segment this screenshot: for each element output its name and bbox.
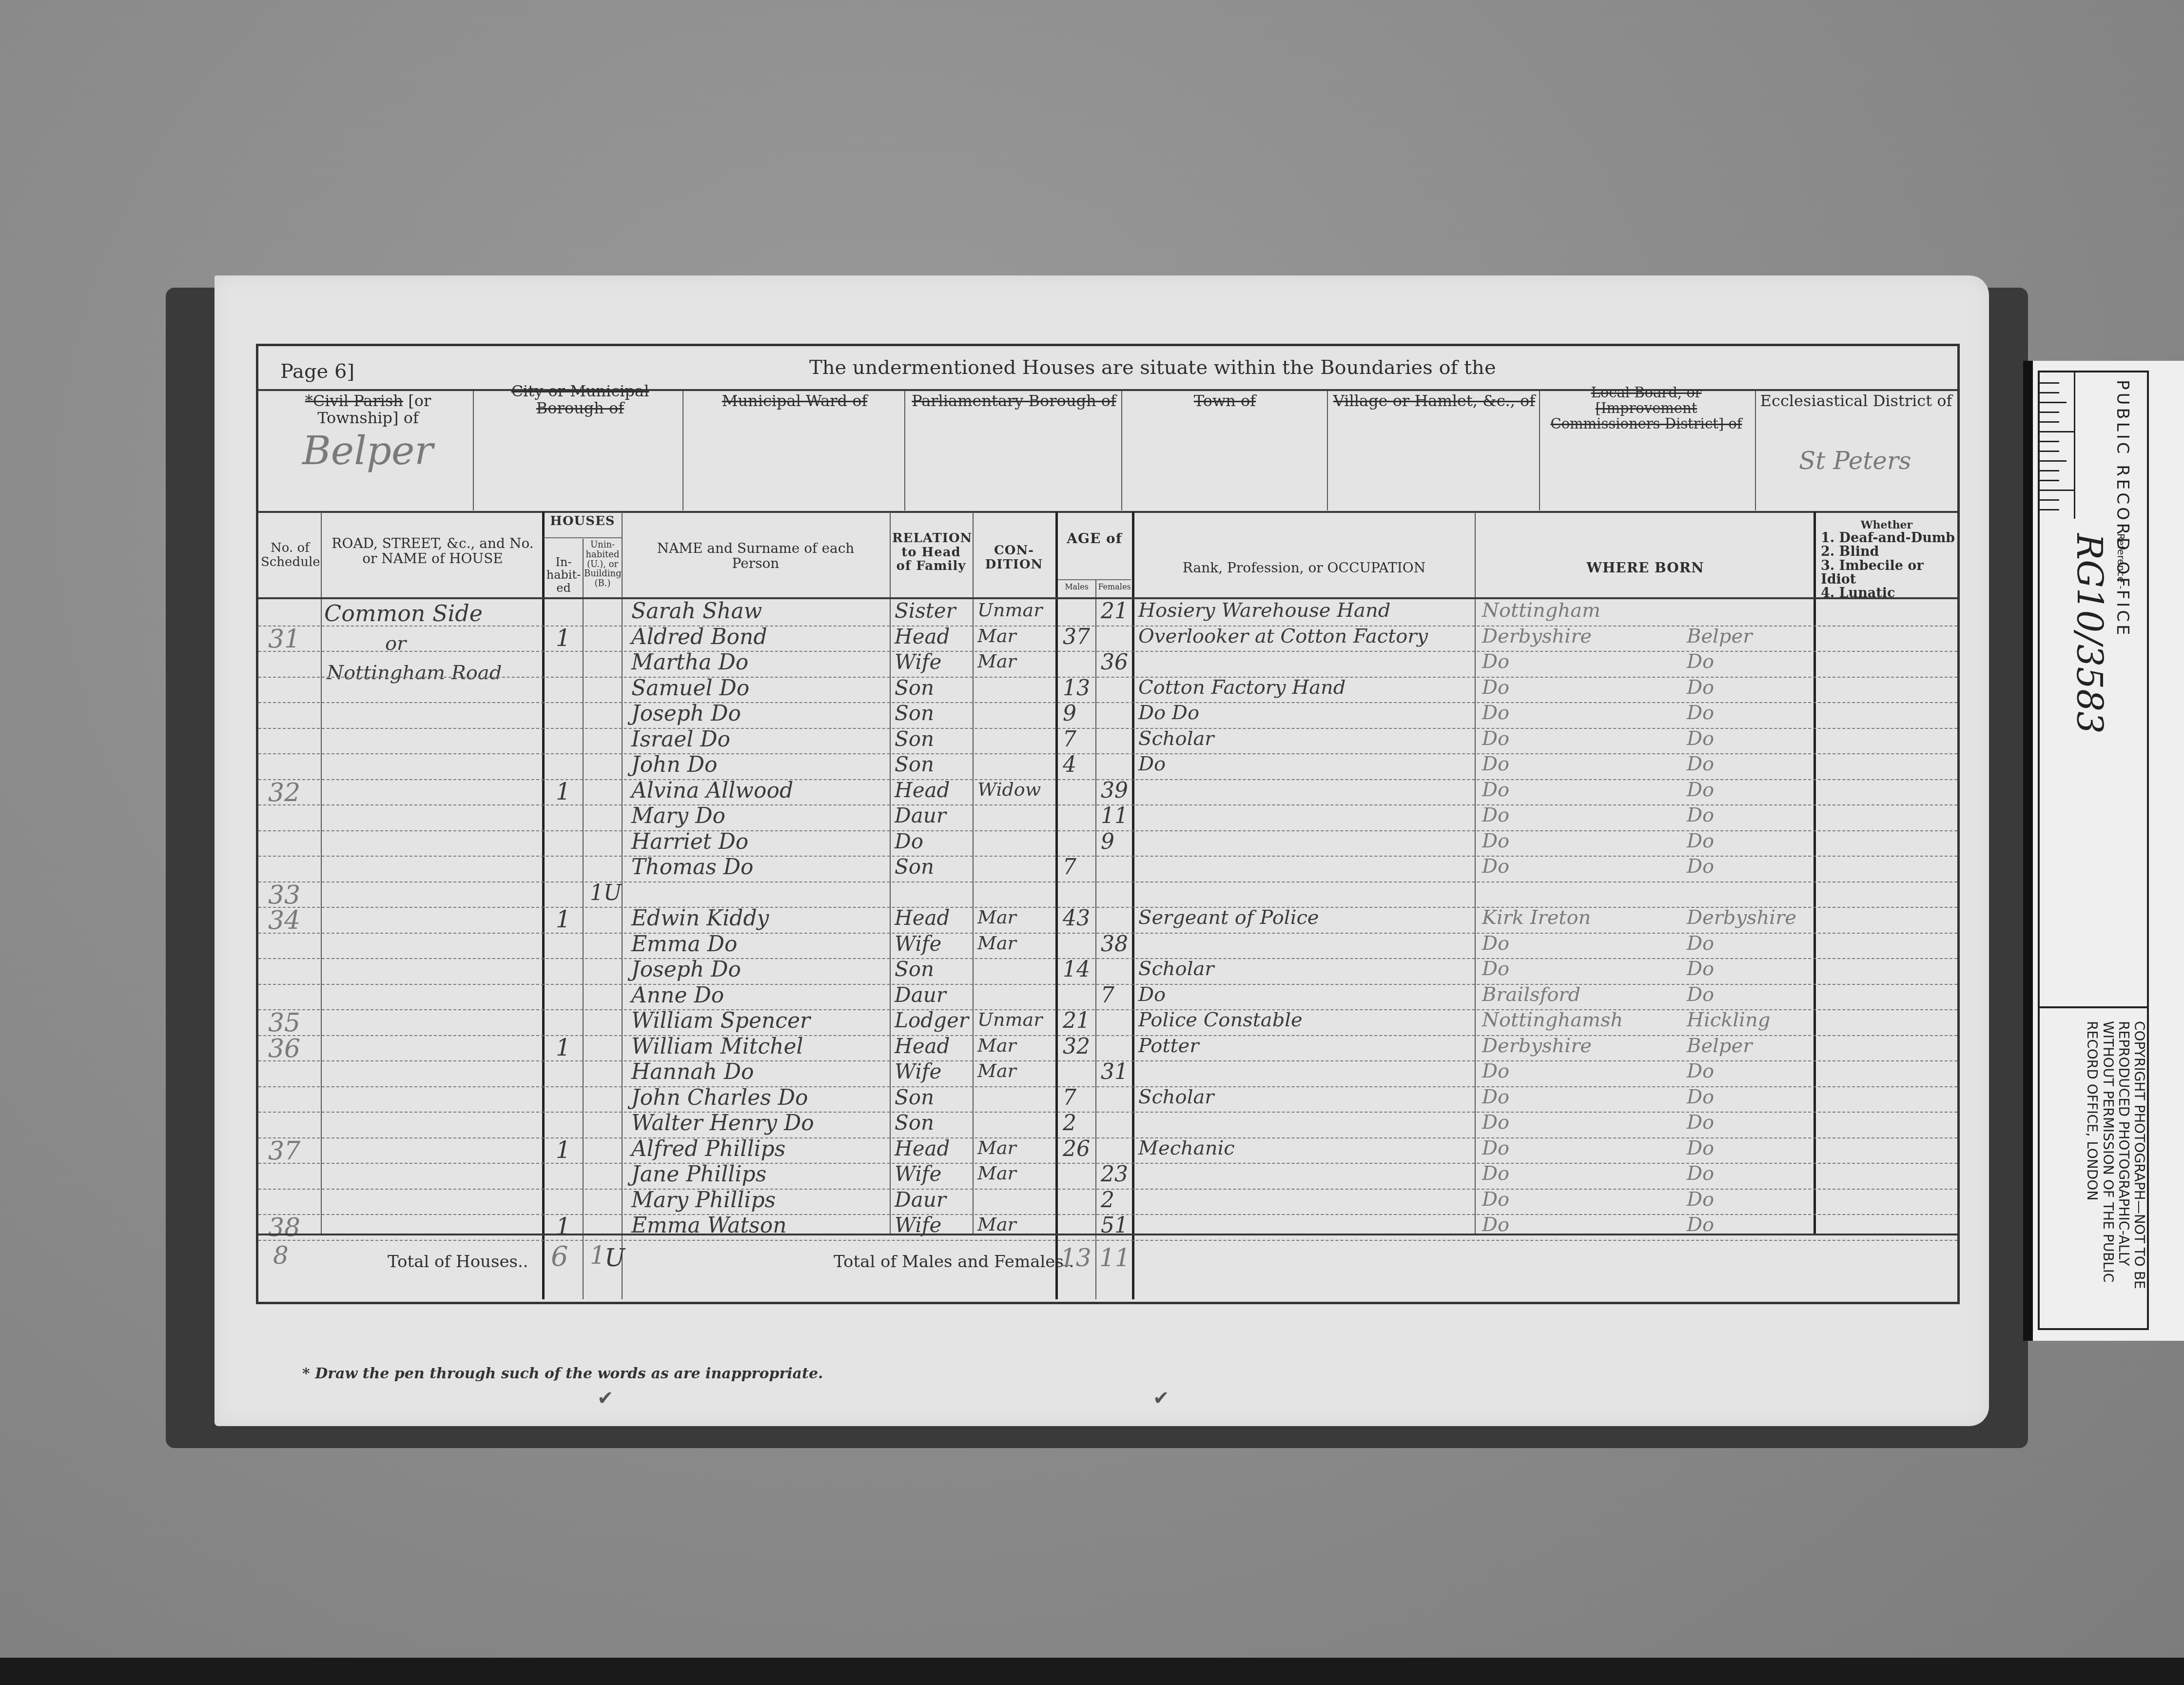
cell-male: 7	[1063, 729, 1076, 750]
table-row: 371Alfred PhillipsHeadMar26MechanicDoDo	[258, 1137, 1957, 1164]
cell-relation: Head	[895, 1138, 950, 1159]
cell-born-place: Do	[1687, 729, 1714, 748]
cell-name: Joseph Do	[631, 959, 741, 980]
civil-parish-value: Belper	[302, 431, 433, 470]
divider	[1755, 391, 1756, 510]
cell-female: 21	[1101, 601, 1128, 622]
divider	[682, 391, 683, 510]
col-schedule: No. of Schedule	[261, 541, 319, 569]
whether-item: 1. Deaf-and-Dumb	[1821, 531, 1957, 545]
cell-born-county: Do	[1482, 754, 1509, 774]
cell-male: 2	[1063, 1113, 1076, 1134]
cell-female: 39	[1101, 780, 1128, 802]
table-row: John Charles DoSon7ScholarDoDo	[258, 1086, 1957, 1113]
divider	[2040, 1006, 2147, 1008]
cell-relation: Do	[895, 831, 923, 852]
archive-office-name: PUBLIC RECORD OFFICE	[2113, 380, 2132, 638]
cell-born-place: Do	[1687, 985, 1714, 1004]
cell-relation: Son	[895, 703, 934, 724]
cell-male: 21	[1063, 1010, 1090, 1032]
cell-condition: Mar	[977, 1215, 1016, 1234]
whether-list: 1. Deaf-and-Dumb 2. Blind 3. Imbecile or…	[1821, 531, 1957, 601]
total-females: 11	[1099, 1246, 1131, 1270]
cell-relation: Head	[895, 908, 950, 928]
cell-relation: Son	[895, 729, 934, 749]
total-males: 13	[1060, 1246, 1092, 1270]
cell-male: 37	[1063, 627, 1090, 648]
col-road: ROAD, STREET, &c., and No. or NAME of HO…	[324, 536, 541, 567]
cell-name: Edwin Kiddy	[631, 908, 769, 929]
table-row: Jane PhillipsWifeMar23DoDo	[258, 1163, 1957, 1190]
cell-name: Joseph Do	[631, 703, 741, 725]
cell-male: 4	[1063, 754, 1076, 776]
cell-name: Aldred Bond	[631, 627, 767, 648]
cell-condition: Mar	[977, 627, 1016, 645]
table-row: Sarah ShawSisterUnmar21Hosiery Warehouse…	[258, 600, 1957, 627]
cell-born-county: Do	[1482, 678, 1509, 697]
cell-schedule: 33	[268, 882, 300, 908]
cell-born-place: Derbyshire	[1687, 908, 1796, 927]
cell-occupation: Scholar	[1138, 959, 1214, 979]
local-board-label: Local Board, or [Improvement Commissione…	[1541, 385, 1751, 432]
cell-condition: Unmar	[977, 601, 1042, 619]
cell-schedule: 34	[268, 908, 300, 933]
cell-born-county: Do	[1482, 1113, 1509, 1132]
cell-name: John Charles Do	[631, 1087, 808, 1109]
cell-born-county: Do	[1482, 780, 1509, 800]
cell-schedule: 36	[268, 1036, 300, 1061]
cell-born-county: Do	[1482, 934, 1509, 953]
cell-occupation: Sergeant of Police	[1138, 908, 1319, 927]
cell-name: Samuel Do	[631, 678, 749, 699]
col-whether: Whether	[1818, 519, 1955, 531]
cell-born-place: Do	[1687, 1061, 1714, 1081]
cell-born-county: Do	[1482, 857, 1509, 876]
cell-born-place: Hickling	[1687, 1010, 1770, 1030]
cell-born-place: Do	[1687, 831, 1714, 851]
cell-relation: Daur	[895, 805, 946, 826]
col-name: NAME and Surname of each Person	[634, 541, 877, 571]
table-row: 331U	[258, 882, 1957, 908]
cell-male: 7	[1063, 1087, 1076, 1109]
cell-born-county: Do	[1482, 1215, 1509, 1234]
cell-name: William Mitchel	[631, 1036, 803, 1058]
cell-female: 23	[1101, 1164, 1128, 1185]
cell-female: 7	[1101, 985, 1114, 1006]
cell-relation: Wife	[895, 652, 941, 672]
cell-male: 14	[1063, 959, 1090, 980]
copyright-notice: COPYRIGHT PHOTOGRAPH—NOT TO BE REPRODUCE…	[2049, 1021, 2147, 1313]
cell-born-county: Do	[1482, 805, 1509, 825]
municipal-borough-label: City or Municipal Borough of	[478, 383, 682, 417]
reference-label: Reference -	[2115, 533, 2127, 589]
page-number: Page 6]	[280, 361, 354, 382]
cell-inhabited: 1	[556, 1138, 571, 1162]
cell-relation: Wife	[895, 934, 941, 954]
col-houses: HOUSES	[544, 514, 622, 529]
cell-schedule: 37	[268, 1138, 300, 1164]
cell-condition: Mar	[977, 934, 1016, 952]
cell-name: Anne Do	[631, 985, 724, 1006]
cell-condition: Mar	[977, 652, 1016, 670]
cell-inhabited: 1	[556, 908, 571, 931]
cell-condition: Unmar	[977, 1010, 1042, 1029]
total-houses-label: Total of Houses..	[388, 1253, 528, 1271]
whether-item: 2. Blind	[1821, 545, 1957, 559]
cell-born-county: Do	[1482, 729, 1509, 748]
table-row: Anne DoDaur7DoBrailsfordDo	[258, 984, 1957, 1011]
cell-born-county: Do	[1482, 1190, 1509, 1209]
table-row: 321Alvina AllwoodHeadWidow39DoDo	[258, 779, 1957, 806]
table-row: 35William SpencerLodgerUnmar21Police Con…	[258, 1009, 1957, 1036]
cell-schedule: 32	[268, 780, 300, 805]
table-row: Emma DoWifeMar38DoDo	[258, 933, 1957, 960]
cell-name: William Spencer	[631, 1010, 810, 1032]
cell-inhabited: 1	[556, 780, 571, 803]
cell-born-place: Do	[1687, 857, 1714, 876]
cell-born-place: Do	[1687, 780, 1714, 800]
cell-female: 31	[1101, 1061, 1128, 1083]
divider	[258, 1234, 1957, 1235]
table-row: 341Edwin KiddyHeadMar43Sergeant of Polic…	[258, 907, 1957, 934]
col-where-born: WHERE BORN	[1477, 561, 1813, 576]
scale-ruler-icon	[2040, 372, 2075, 519]
cell-condition: Mar	[977, 1036, 1016, 1055]
cell-relation: Lodger	[895, 1010, 969, 1031]
cell-born-place: Do	[1687, 1087, 1714, 1107]
cell-relation: Wife	[895, 1061, 941, 1082]
struck-text: *Civil Parish	[305, 392, 403, 410]
cell-name: Israel Do	[631, 729, 730, 750]
cell-name: Alvina Allwood	[631, 780, 793, 802]
cell-female: 2	[1101, 1190, 1114, 1211]
cell-name: John Do	[631, 754, 718, 776]
cell-relation: Son	[895, 678, 934, 698]
cell-female: 36	[1101, 652, 1128, 673]
cell-relation: Head	[895, 780, 950, 801]
cell-male: 9	[1063, 703, 1076, 725]
table-row: Joseph DoSon9Do DoDoDo	[258, 702, 1957, 729]
table-row: Thomas DoSon7DoDo	[258, 856, 1957, 882]
cell-born-place: Do	[1687, 678, 1714, 697]
cell-uninhabited: 1U	[590, 882, 622, 904]
cell-born-county: Brailsford	[1482, 985, 1580, 1004]
table-row: Harriet DoDo9DoDo	[258, 830, 1957, 857]
divider	[1121, 391, 1122, 510]
table-row: Joseph DoSon14ScholarDoDo	[258, 958, 1957, 985]
cell-male: 26	[1063, 1138, 1090, 1160]
cell-occupation: Scholar	[1138, 1087, 1214, 1107]
cell-born-place: Do	[1687, 1113, 1714, 1132]
cell-inhabited: 1	[556, 627, 571, 650]
table-row: 381Emma WatsonWifeMar51DoDo	[258, 1214, 1957, 1241]
reference-value: RG10/3583	[2069, 533, 2110, 734]
cell-born-county: Do	[1482, 652, 1509, 671]
divider	[904, 391, 905, 510]
cell-condition: Mar	[977, 1138, 1016, 1157]
cell-occupation: Scholar	[1138, 729, 1214, 748]
cell-born-place: Do	[1687, 1164, 1714, 1183]
divider	[544, 537, 622, 538]
col-age: AGE of	[1058, 531, 1131, 547]
cell-male: 7	[1063, 857, 1076, 878]
col-condition: CON-DITION	[975, 544, 1053, 571]
cell-relation: Wife	[895, 1164, 941, 1184]
archive-label-box: PUBLIC RECORD OFFICE Reference - RG10/35…	[2038, 371, 2149, 1330]
cell-male: 13	[1063, 678, 1090, 699]
divider	[1539, 391, 1540, 510]
cell-occupation: Do	[1138, 985, 1166, 1004]
cell-relation: Head	[895, 1036, 950, 1057]
page-title: The undermentioned Houses are situate wi…	[809, 357, 1496, 378]
cell-occupation: Overlooker at Cotton Factory	[1138, 627, 1428, 646]
cell-relation: Son	[895, 857, 934, 877]
cell-born-place: Belper	[1687, 627, 1752, 646]
whether-item: 3. Imbecile or Idiot	[1821, 559, 1957, 587]
table-row: Samuel DoSon13Cotton Factory HandDoDo	[258, 677, 1957, 704]
cell-name: Walter Henry Do	[631, 1113, 814, 1134]
cell-born-county: Do	[1482, 1138, 1509, 1158]
cell-born-county: Do	[1482, 831, 1509, 851]
person-rows: Sarah ShawSisterUnmar21Hosiery Warehouse…	[258, 600, 1957, 1234]
town-label: Town of	[1124, 392, 1326, 410]
cell-male: 43	[1063, 908, 1090, 929]
civil-parish-label: *Civil Parish [or Township] of	[263, 392, 473, 427]
cell-condition: Mar	[977, 1061, 1016, 1080]
total-persons-label: Total of Males and Females..	[834, 1253, 1074, 1271]
cell-born-county: Do	[1482, 1164, 1509, 1183]
col-females: Females	[1097, 583, 1132, 591]
cell-condition: Mar	[977, 908, 1016, 926]
ecclesiastical-district-value: St Peters	[1799, 449, 1911, 473]
cell-occupation: Mechanic	[1138, 1138, 1235, 1158]
cell-relation: Son	[895, 754, 934, 775]
cell-born-county: Nottinghamsh	[1482, 1010, 1623, 1030]
cell-born-place: Do	[1687, 934, 1714, 953]
col-inhabited: In-habit-ed	[545, 556, 582, 594]
cell-born-place: Do	[1687, 652, 1714, 671]
cell-born-county: Nottingham	[1482, 601, 1600, 620]
table-row: Mary DoDaur11DoDo	[258, 804, 1957, 831]
table-row: Mary PhillipsDaur2DoDo	[258, 1189, 1957, 1215]
cell-born-place: Do	[1687, 1190, 1714, 1209]
col-occupation: Rank, Profession, or OCCUPATION	[1136, 561, 1472, 576]
cell-born-county: Do	[1482, 1087, 1509, 1107]
cell-born-county: Derbyshire	[1482, 1036, 1592, 1056]
cell-born-place: Do	[1687, 1215, 1714, 1234]
table-row: Hannah DoWifeMar31DoDo	[258, 1060, 1957, 1087]
check-mark-icon: ✔	[597, 1387, 614, 1410]
table-row: 311Aldred BondHeadMar37Overlooker at Cot…	[258, 626, 1957, 652]
cell-name: Mary Phillips	[631, 1190, 776, 1211]
cell-born-county: Do	[1482, 1061, 1509, 1081]
archive-reference-strip: PUBLIC RECORD OFFICE Reference - RG10/35…	[2023, 361, 2184, 1341]
total-building: U	[604, 1246, 625, 1270]
cell-schedule: 31	[268, 627, 300, 652]
census-form: Page 6] The undermentioned Houses are si…	[256, 344, 1960, 1304]
cell-born-place: Do	[1687, 703, 1714, 723]
cell-relation: Sister	[895, 601, 956, 621]
cell-female: 38	[1101, 934, 1128, 955]
cell-occupation: Cotton Factory Hand	[1138, 678, 1345, 697]
cell-name: Thomas Do	[631, 857, 753, 878]
row-divider	[258, 1240, 1957, 1241]
divider	[1327, 391, 1328, 510]
cell-name: Alfred Phillips	[631, 1138, 785, 1160]
table-row: 361William MitchelHeadMar32PotterDerbysh…	[258, 1035, 1957, 1062]
cell-born-county: Kirk Ireton	[1482, 908, 1591, 927]
cell-relation: Wife	[895, 1215, 941, 1235]
cell-male: 32	[1063, 1036, 1090, 1058]
divider	[473, 391, 474, 510]
cell-schedule: 35	[268, 1010, 300, 1036]
footnote: * Draw the pen through such of the words…	[302, 1365, 823, 1382]
cell-born-place: Do	[1687, 805, 1714, 825]
strip-edge	[2023, 361, 2033, 1341]
col-males: Males	[1058, 583, 1095, 591]
cell-occupation: Potter	[1138, 1036, 1199, 1056]
cell-name: Hannah Do	[631, 1061, 754, 1083]
table-row: John DoSon4DoDoDo	[258, 753, 1957, 780]
table-row: Walter Henry DoSon2DoDo	[258, 1112, 1957, 1138]
cell-born-place: Do	[1687, 959, 1714, 979]
cell-inhabited: 1	[556, 1036, 571, 1059]
col-relation: RELATION to Head of Family	[892, 531, 970, 573]
cell-relation: Head	[895, 627, 950, 647]
cell-condition: Widow	[977, 780, 1041, 799]
cell-occupation: Hosiery Warehouse Hand	[1138, 601, 1390, 620]
cell-relation: Son	[895, 959, 934, 980]
divider	[258, 511, 1957, 513]
cell-occupation: Do Do	[1138, 703, 1199, 723]
total-schedules: 8	[273, 1243, 289, 1268]
divider	[1058, 579, 1131, 580]
check-mark-icon: ✔	[1153, 1387, 1170, 1410]
village-label: Village or Hamlet, &c., of	[1329, 392, 1539, 410]
scan-edge	[0, 1658, 2184, 1685]
cell-female: 11	[1101, 805, 1128, 827]
cell-name: Emma Do	[631, 934, 738, 955]
municipal-ward-label: Municipal Ward of	[687, 392, 902, 410]
cell-schedule: 38	[268, 1215, 300, 1240]
total-inhabited: 6	[551, 1243, 568, 1271]
cell-occupation: Police Constable	[1138, 1010, 1303, 1030]
cell-relation: Son	[895, 1113, 934, 1133]
cell-born-place: Do	[1687, 754, 1714, 774]
total-uninhabited: 1	[590, 1243, 605, 1268]
col-uninhabited: Unin-habited (U.), or Building (B.)	[584, 540, 621, 588]
parliamentary-borough-label: Parliamentary Borough of	[907, 392, 1121, 410]
cell-born-county: Do	[1482, 959, 1509, 979]
cell-female: 9	[1101, 831, 1114, 853]
cell-born-county: Derbyshire	[1482, 627, 1592, 646]
cell-relation: Son	[895, 1087, 934, 1108]
cell-name: Jane Phillips	[631, 1164, 766, 1185]
cell-born-place: Belper	[1687, 1036, 1752, 1056]
cell-occupation: Do	[1138, 754, 1166, 774]
cell-born-county: Do	[1482, 703, 1509, 723]
cell-name: Martha Do	[631, 652, 748, 673]
ecclesiastical-district-label: Ecclesiastical District of	[1757, 392, 1955, 410]
table-row: Israel DoSon7ScholarDoDo	[258, 728, 1957, 755]
cell-condition: Mar	[977, 1164, 1016, 1182]
cell-relation: Daur	[895, 1190, 946, 1210]
cell-name: Sarah Shaw	[631, 601, 762, 622]
table-row: Martha DoWifeMar36DoDo	[258, 651, 1957, 678]
cell-born-place: Do	[1687, 1138, 1714, 1158]
cell-name: Mary Do	[631, 805, 725, 827]
cell-relation: Daur	[895, 985, 946, 1005]
cell-name: Harriet Do	[631, 831, 748, 853]
